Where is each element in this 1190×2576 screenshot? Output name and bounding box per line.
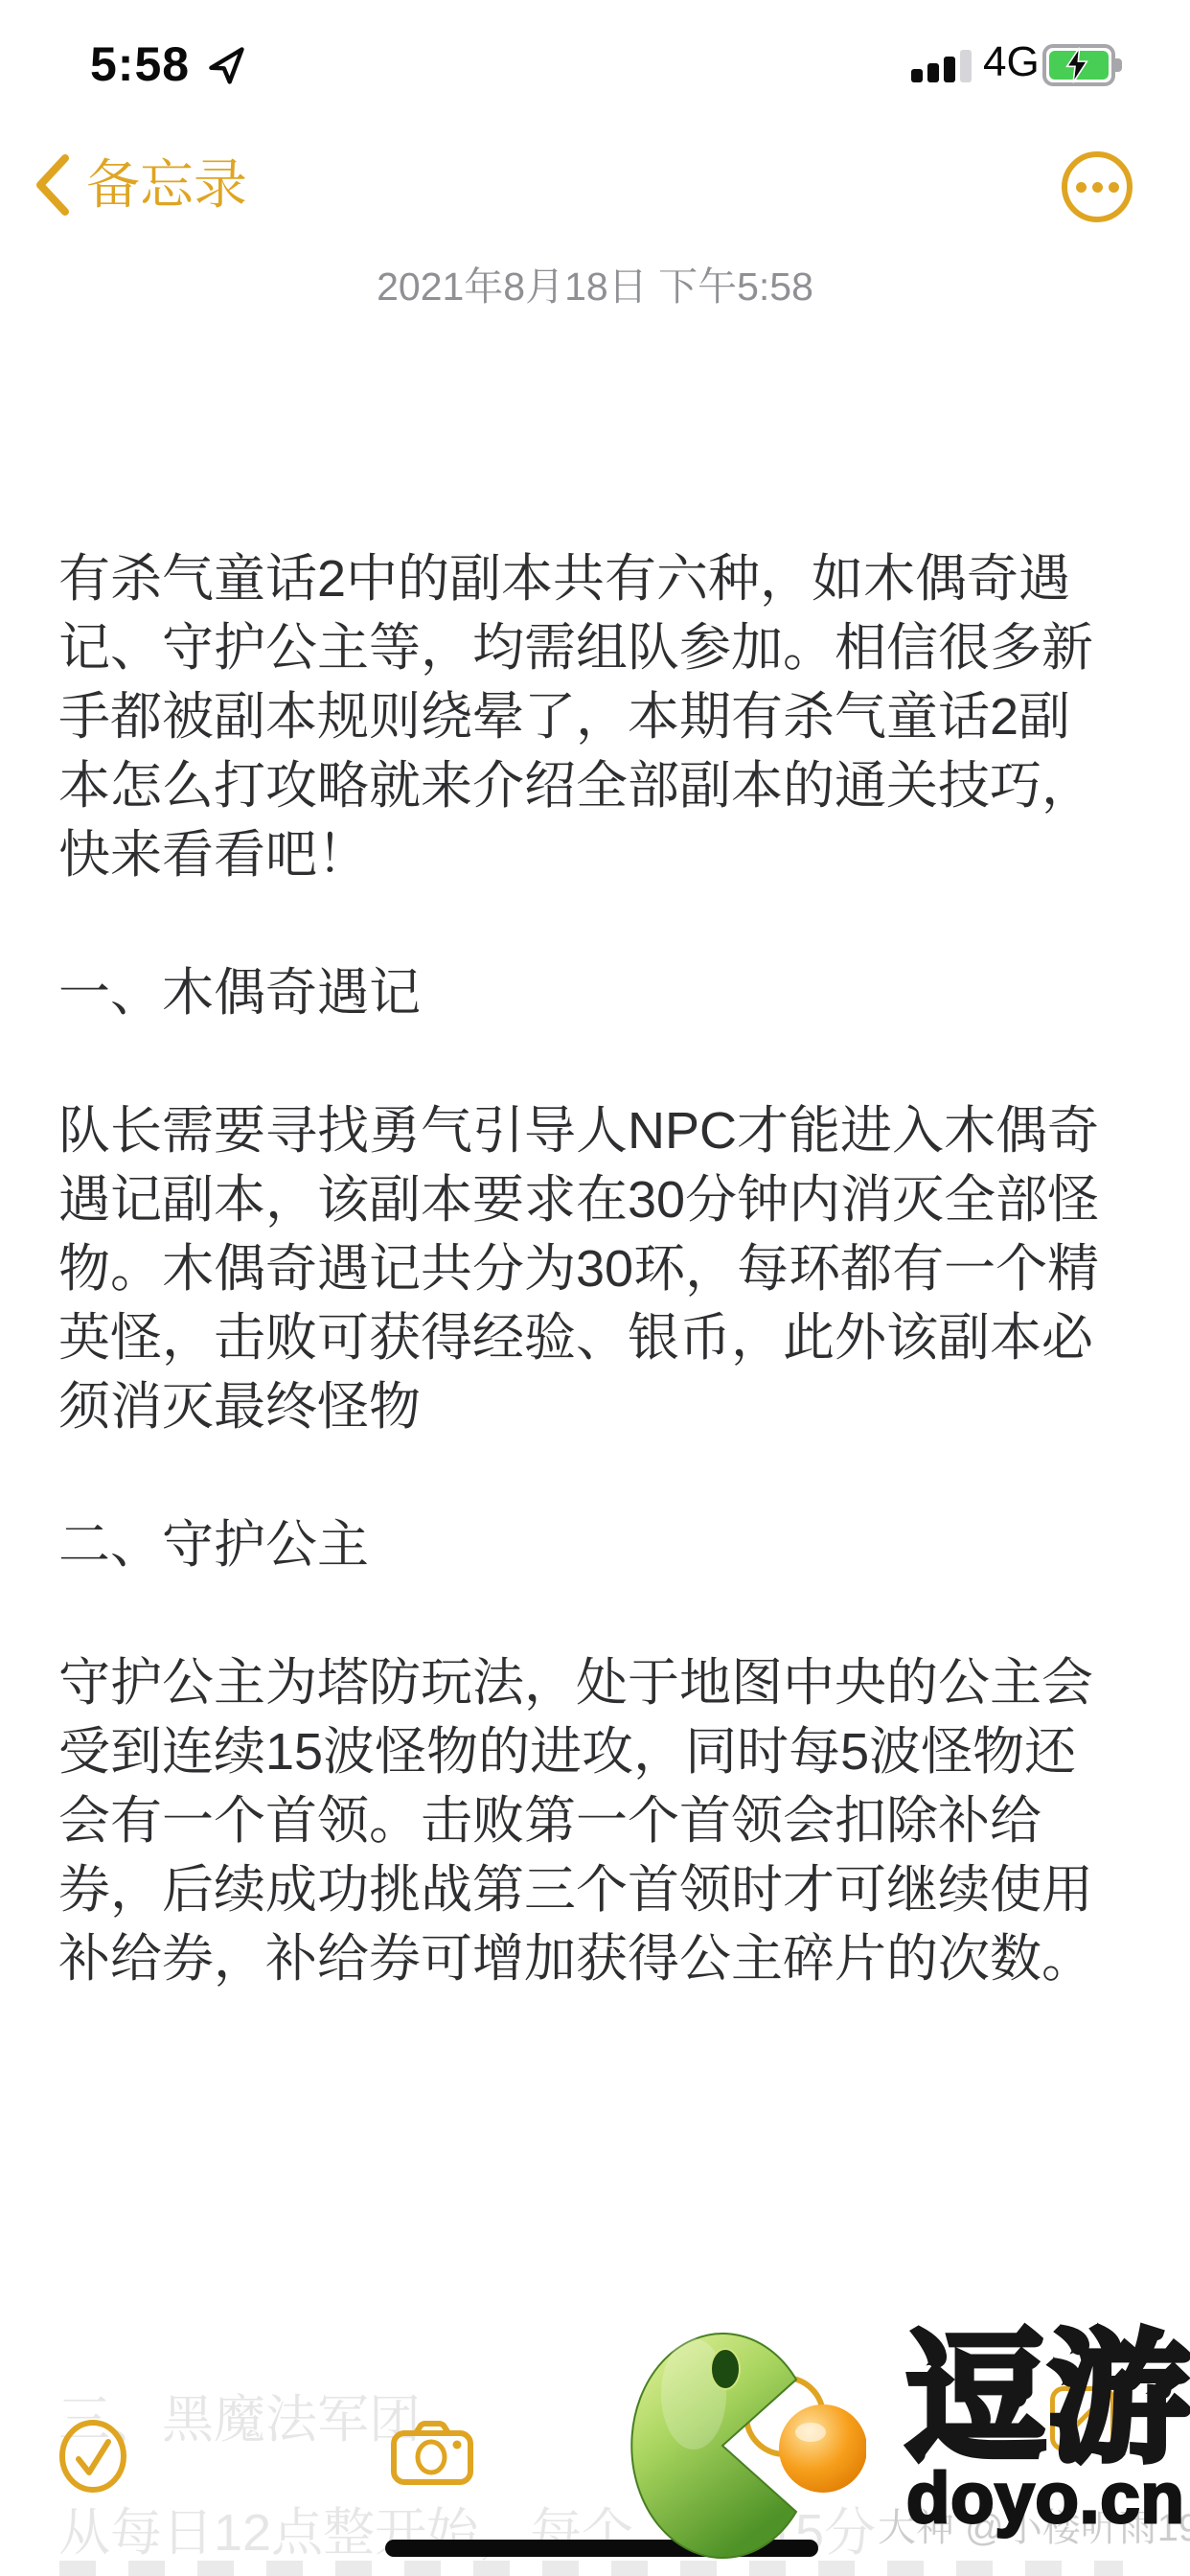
battery-nub bbox=[1115, 58, 1122, 72]
note-line: 遇记副本，该副本要求在30分钟内消灭全部怪 bbox=[58, 1165, 1139, 1234]
battery-charging-icon bbox=[1042, 44, 1115, 86]
network-type-label: 4G bbox=[983, 38, 1040, 86]
note-paragraph: 队长需要寻找勇气引导人NPC才能进入木偶奇遇记副本，该副本要求在30分钟内消灭全… bbox=[58, 1096, 1139, 1441]
note-paragraph: 有杀气童话2中的副本共有六种，如木偶奇遇记、守护公主等，均需组队参加。相信很多新… bbox=[58, 544, 1139, 889]
note-line: 会有一个首领。击败第一个首领会扣除补给 bbox=[58, 1786, 1139, 1855]
doyo-logo-text: 逗游 bbox=[904, 2319, 1190, 2480]
note-line: 须消灭最终怪物 bbox=[58, 1372, 1139, 1441]
note-line: 券，后续成功挑战第三个首领时才可继续使用 bbox=[58, 1855, 1139, 1924]
note-line: 快来看看吧！ bbox=[58, 820, 1139, 889]
note-paragraph: 守护公主为塔防玩法，处于地图中央的公主会受到连续15波怪物的进攻，同时每5波怪物… bbox=[58, 1648, 1139, 1993]
status-time: 5:58 bbox=[90, 36, 190, 92]
note-line: 有杀气童话2中的副本共有六种，如木偶奇遇 bbox=[58, 544, 1139, 613]
note-cutoff-line-tops bbox=[59, 2561, 1123, 2576]
note-line: 记、守护公主等，均需组队参加。相信很多新 bbox=[58, 613, 1139, 682]
note-line: 队长需要寻找勇气引导人NPC才能进入木偶奇 bbox=[58, 1096, 1139, 1165]
note-date: 2021年8月18日 下午5:58 bbox=[0, 255, 1190, 311]
chevron-left-icon bbox=[33, 153, 71, 217]
ellipsis-dot bbox=[1092, 182, 1103, 193]
note-heading: 二、守护公主 bbox=[58, 1510, 1139, 1579]
ellipsis-dot bbox=[1109, 182, 1119, 193]
location-arrow-icon bbox=[205, 44, 247, 86]
lightning-bolt-icon bbox=[1064, 46, 1089, 84]
note-line: 补给券，补给券可增加获得公主碎片的次数。 bbox=[58, 1924, 1139, 1993]
note-line: 二、守护公主 bbox=[58, 1510, 1139, 1579]
back-button-label: 备忘录 bbox=[86, 153, 247, 217]
doyo-pacman-mascot bbox=[627, 2327, 866, 2568]
ellipsis-dot bbox=[1076, 182, 1087, 193]
signal-bars-icon bbox=[911, 46, 973, 82]
note-line: 本怎么打攻略就来介绍全部副本的通关技巧， bbox=[58, 751, 1139, 820]
note-line: 守护公主为塔防玩法，处于地图中央的公主会 bbox=[58, 1648, 1139, 1717]
back-button[interactable]: 备忘录 bbox=[33, 153, 247, 217]
note-line: 受到连续15波怪物的进攻，同时每5波怪物还 bbox=[58, 1717, 1139, 1786]
note-line: 一、木偶奇遇记 bbox=[58, 958, 1139, 1027]
note-line: 英怪，击败可获得经验、银币，此外该副本必 bbox=[58, 1303, 1139, 1372]
more-options-button[interactable] bbox=[1062, 151, 1133, 222]
notes-app-screen: 5:58 4G 备忘录 2021年8月 bbox=[0, 0, 1190, 2576]
note-line: 物。木偶奇遇记共分为30环，每环都有一个精 bbox=[58, 1234, 1139, 1303]
doyo-site-text: doyo.cn bbox=[906, 2457, 1185, 2539]
camera-icon[interactable] bbox=[391, 2421, 473, 2486]
checklist-icon[interactable] bbox=[57, 2419, 128, 2494]
note-line: 手都被副本规则绕晕了，本期有杀气童话2副 bbox=[58, 682, 1139, 751]
note-body[interactable]: 有杀气童话2中的副本共有六种，如木偶奇遇记、守护公主等，均需组队参加。相信很多新… bbox=[58, 544, 1139, 2062]
note-heading: 一、木偶奇遇记 bbox=[58, 958, 1139, 1027]
